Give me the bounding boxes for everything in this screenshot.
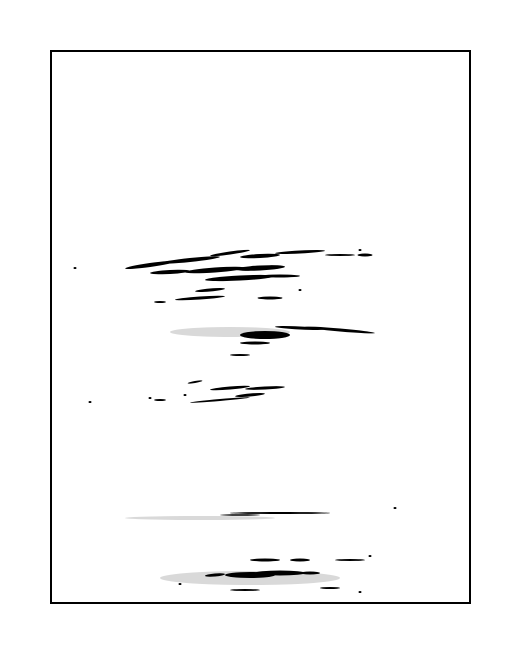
ink-brush-artwork — [0, 0, 521, 654]
upper-cluster — [125, 249, 373, 303]
thin-line — [220, 512, 330, 516]
lower-middle-cluster — [154, 380, 285, 404]
bottom-cluster — [205, 559, 365, 592]
